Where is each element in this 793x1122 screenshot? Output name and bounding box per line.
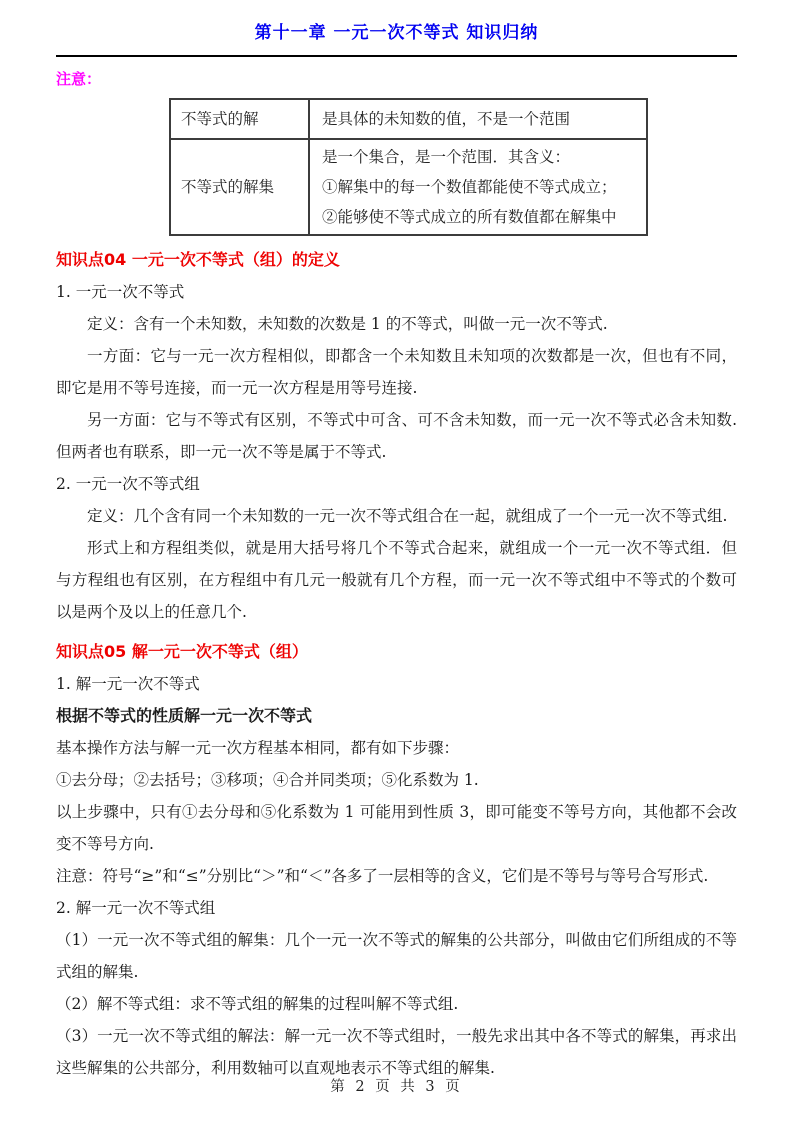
paragraph: ①去分母；②去括号；③移项；④合并同类项；⑤化系数为 1. [56,764,737,796]
paragraph: 注意：符号“≥”和“≤”分别比“＞”和“＜”各多了一层相等的含义，它们是不等号与… [56,860,737,892]
section-heading-05: 知识点05 解一元一次不等式（组） [56,636,737,668]
list-item: 1. 解一元一次不等式 [56,668,737,700]
table-desc-line: ①解集中的每一个数值都能使不等式成立； [322,172,640,202]
header-divider [56,55,737,57]
paragraph: （2）解不等式组：求不等式组的解集的过程叫解不等式组. [56,988,737,1020]
table-row: 不等式的解 是具体的未知数的值，不是一个范围 [170,99,647,139]
page-number: 第 2 页 共 3 页 [0,1075,793,1096]
list-item: 2. 解一元一次不等式组 [56,892,737,924]
list-item: 1. 一元一次不等式 [56,276,737,308]
paragraph: 形式上和方程组类似，就是用大括号将几个不等式合起来，就组成一个一元一次不等式组．… [56,532,737,628]
paragraph: 另一方面：它与不等式有区别，不等式中可含、可不含未知数，而一元一次不等式必含未知… [56,404,737,468]
page-title: 第十一章 一元一次不等式 知识归纳 [56,18,737,43]
table-desc-line: ②能够使不等式成立的所有数值都在解集中 [322,202,640,232]
paragraph: （1）一元一次不等式组的解集：几个一元一次不等式的解集的公共部分，叫做由它们所组… [56,924,737,988]
table-desc-cell: 是具体的未知数的值，不是一个范围 [309,99,647,139]
section-heading-04: 知识点04 一元一次不等式（组）的定义 [56,244,737,276]
table-term-cell: 不等式的解集 [170,139,309,235]
paragraph: 基本操作方法与解一元一次方程基本相同，都有如下步骤： [56,732,737,764]
definition-table: 不等式的解 是具体的未知数的值，不是一个范围 不等式的解集 是一个集合，是一个范… [169,98,648,236]
table-desc-cell: 是一个集合，是一个范围．其含义： ①解集中的每一个数值都能使不等式成立； ②能够… [309,139,647,235]
table-term-cell: 不等式的解 [170,99,309,139]
paragraph: 定义：含有一个未知数，未知数的次数是 1 的不等式，叫做一元一次不等式. [56,308,737,340]
document-page: 第十一章 一元一次不等式 知识归纳 注意： 不等式的解 是具体的未知数的值，不是… [0,0,793,1122]
notice-label: 注意： [56,69,737,89]
paragraph: 一方面：它与一元一次方程相似，即都含一个未知数且未知项的次数都是一次，但也有不同… [56,340,737,404]
table-desc-line: 是具体的未知数的值，不是一个范围 [322,104,640,134]
paragraph: 以上步骤中，只有①去分母和⑤化系数为 1 可能用到性质 3，即可能变不等号方向，… [56,796,737,860]
table-desc-line: 是一个集合，是一个范围．其含义： [322,142,640,172]
sub-heading: 根据不等式的性质解一元一次不等式 [56,700,737,732]
list-item: 2. 一元一次不等式组 [56,468,737,500]
paragraph: 定义：几个含有同一个未知数的一元一次不等式组合在一起，就组成了一个一元一次不等式… [56,500,737,532]
table-row: 不等式的解集 是一个集合，是一个范围．其含义： ①解集中的每一个数值都能使不等式… [170,139,647,235]
